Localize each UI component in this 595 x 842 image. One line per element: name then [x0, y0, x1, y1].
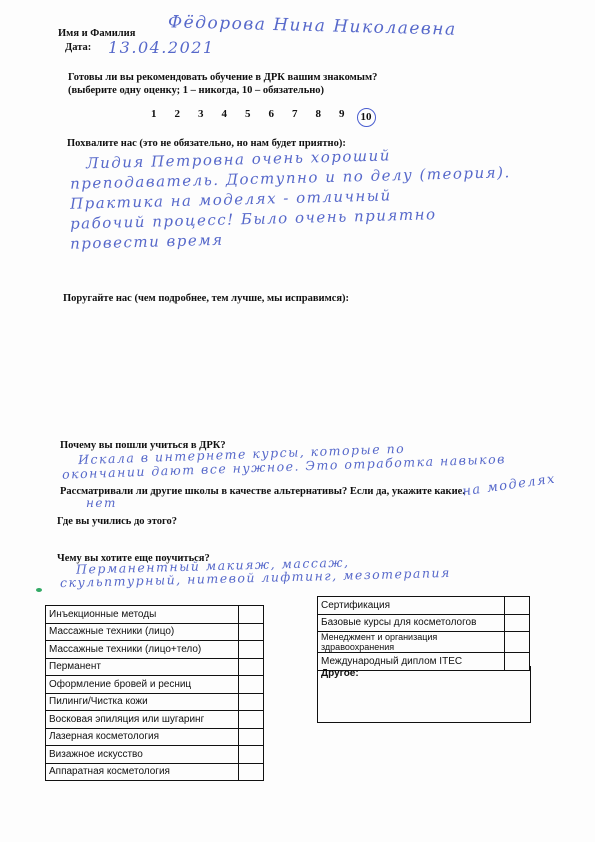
course-row: Массажные техники (лицо): [46, 623, 264, 641]
course-row: Менеджмент и организация здравоохранения: [318, 632, 530, 653]
course-label: Перманент: [46, 658, 239, 676]
course-checkbox[interactable]: [239, 763, 264, 781]
course-label: Массажные техники (лицо): [46, 623, 239, 641]
course-label: Визажное искусство: [46, 746, 239, 764]
rating-option-6[interactable]: 6: [260, 108, 284, 127]
course-label: Восковая эпиляция или шугаринг: [46, 711, 239, 729]
rating-option-8[interactable]: 8: [307, 108, 331, 127]
rating-option-1[interactable]: 1: [142, 108, 166, 127]
course-label: Оформление бровей и ресниц: [46, 676, 239, 694]
praise-answer: Лидия Петровна очень хорошийпреподавател…: [70, 148, 511, 248]
course-checkbox[interactable]: [239, 676, 264, 694]
course-label: Менеджмент и организация здравоохранения: [318, 632, 505, 653]
recommend-question: Готовы ли вы рекомендовать обучение в ДР…: [68, 72, 377, 83]
date-value: 13.04.2021: [108, 38, 215, 57]
rating-option-9[interactable]: 9: [330, 108, 354, 127]
other-field[interactable]: Другое:: [317, 666, 531, 723]
course-label: Лазерная косметология: [46, 728, 239, 746]
course-row: Пилинги/Чистка кожи: [46, 693, 264, 711]
course-row: Базовые курсы для косметологов: [318, 614, 530, 632]
course-checkbox[interactable]: [239, 693, 264, 711]
why-answer-extra: на моделях: [461, 472, 556, 500]
course-row: Инъекционные методы: [46, 606, 264, 624]
course-checkbox[interactable]: [239, 711, 264, 729]
course-checkbox[interactable]: [505, 614, 530, 632]
course-row: Визажное искусство: [46, 746, 264, 764]
rating-option-10[interactable]: 10: [357, 108, 376, 127]
courses-table-left: Инъекционные методыМассажные техники (ли…: [45, 605, 264, 781]
future-answer: Перманентный макияж, массаж,скульптурный…: [60, 558, 451, 584]
course-checkbox[interactable]: [505, 597, 530, 615]
course-checkbox[interactable]: [239, 623, 264, 641]
criticize-label: Поругайте нас (чем подробнее, тем лучше,…: [63, 293, 349, 304]
why-answer: Искала в интернете курсы, которые поокон…: [62, 446, 506, 474]
course-checkbox[interactable]: [239, 658, 264, 676]
course-label: Пилинги/Чистка кожи: [46, 693, 239, 711]
course-label: Аппаратная косметология: [46, 763, 239, 781]
course-row: Лазерная косметология: [46, 728, 264, 746]
rating-option-7[interactable]: 7: [283, 108, 307, 127]
course-checkbox[interactable]: [239, 728, 264, 746]
alternatives-label: Рассматривали ли другие школы в качестве…: [60, 486, 465, 497]
course-checkbox[interactable]: [505, 632, 530, 653]
recommend-hint: (выберите одну оценку; 1 – никогда, 10 –…: [68, 85, 324, 96]
name-value: Фёдорова Нина Николаевна: [168, 12, 457, 40]
rating-scale[interactable]: 12345678910: [142, 108, 376, 127]
course-label: Базовые курсы для косметологов: [318, 614, 505, 632]
courses-table-right: СертификацияБазовые курсы для косметолог…: [317, 596, 530, 671]
course-label: Сертификация: [318, 597, 505, 615]
course-row: Аппаратная косметология: [46, 763, 264, 781]
course-row: Оформление бровей и ресниц: [46, 676, 264, 694]
course-row: Массажные техники (лицо+тело): [46, 641, 264, 659]
other-label: Другое:: [321, 668, 359, 679]
rating-option-4[interactable]: 4: [213, 108, 237, 127]
course-checkbox[interactable]: [239, 746, 264, 764]
course-row: Перманент: [46, 658, 264, 676]
rating-option-5[interactable]: 5: [236, 108, 260, 127]
course-checkbox[interactable]: [239, 641, 264, 659]
course-row: Сертификация: [318, 597, 530, 615]
course-row: Восковая эпиляция или шугаринг: [46, 711, 264, 729]
rating-option-3[interactable]: 3: [189, 108, 213, 127]
date-label: Дата:: [65, 42, 91, 53]
course-label: Инъекционные методы: [46, 606, 239, 624]
rating-option-2[interactable]: 2: [166, 108, 190, 127]
alternatives-answer: нет: [86, 496, 117, 510]
course-label: Массажные техники (лицо+тело): [46, 641, 239, 659]
course-checkbox[interactable]: [239, 606, 264, 624]
before-label: Где вы учились до этого?: [57, 516, 177, 527]
